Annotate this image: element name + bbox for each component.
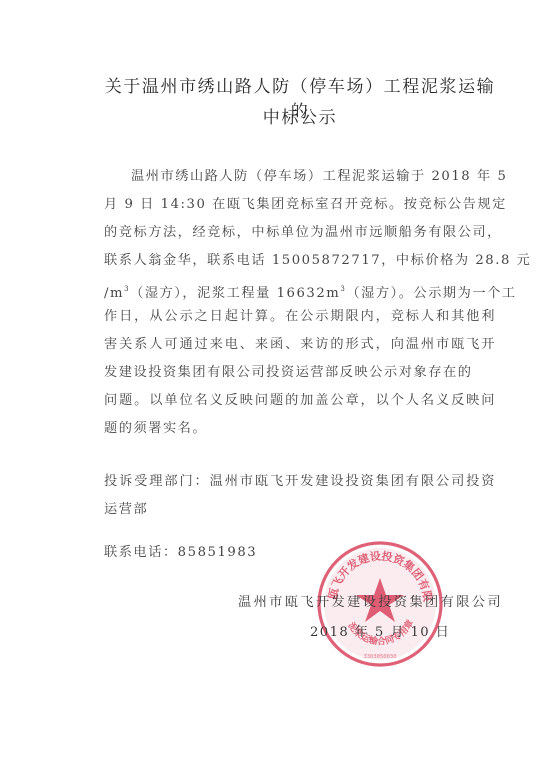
period-text: （湿方）。公示期为一个工 [346, 286, 516, 301]
quantity-text: （湿方），泥浆工程量 16632m [130, 286, 340, 301]
body-line-6: 作日，从公示之日起计算。在公示期限内，竞标人和其他利 [104, 309, 496, 325]
body-line-3: 的竞标方法，经竞标，中标单位为温州市远顺船务有限公司， [104, 225, 496, 241]
unit-text: /m [104, 286, 124, 301]
body-line-9: 问题。以单位名义反映问题的加盖公章，以个人名义反映问 [104, 393, 496, 409]
complaint-dept-line-1: 投诉受理部门：温州市瓯飞开发建设投资集团有限公司投资 [104, 474, 496, 490]
body-line-10: 题的须署实名。 [104, 421, 496, 437]
body-line-8: 发建设投资集团有限公司投资运营部反映公示对象存在的 [104, 365, 496, 381]
svg-text:3303050030: 3303050030 [363, 654, 396, 660]
body-line-5: /m3（湿方），泥浆工程量 16632m3（湿方）。公示期为一个工 [104, 281, 496, 302]
document-page: 关于温州市绣山路人防（停车场）工程泥浆运输的 中标公示 温州市绣山路人防（停车场… [0, 0, 546, 780]
body-line-2: 月 9 日 14:30 在瓯飞集团竞标室召开竞标。按竞标公告规定 [104, 197, 496, 213]
body-line-4: 联系人翁金华，联系电话 15005872717，中标价格为 28.8 元 [104, 253, 496, 269]
body-line-1: 温州市绣山路人防（停车场）工程泥浆运输于 2018 年 5 [131, 169, 496, 185]
signature-date: 2018 年 5 月 10 日 [310, 621, 450, 640]
complaint-dept-line-2: 运营部 [104, 502, 496, 518]
contact-phone: 联系电话：85851983 [104, 545, 496, 561]
signature-organization: 温州市瓯飞开发建设投资集团有限公司 [238, 591, 503, 610]
body-line-7: 害关系人可通过来电、来函、来访的形式，向温州市瓯飞开 [104, 337, 496, 353]
document-title-line-2: 中标公示 [100, 103, 500, 128]
